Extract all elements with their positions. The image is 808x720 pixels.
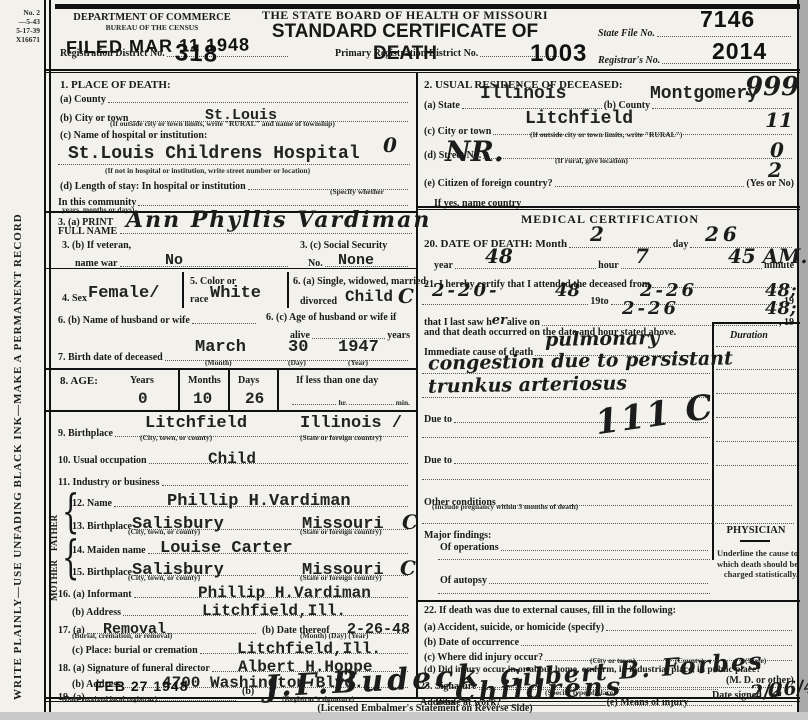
- margin-rule-1: [44, 0, 46, 712]
- column-divider: [416, 72, 418, 698]
- sec2-citizen-label: (e) Citizen of foreign country?: [424, 178, 553, 189]
- rule-above-sec22: [418, 600, 800, 602]
- sec3c-label: 3. (c) Social Security: [300, 240, 387, 251]
- sec10-value: Child: [208, 450, 256, 468]
- sec7-year-note: (Year): [348, 358, 368, 367]
- sec1-hospital-value: St.Louis Childrens Hospital: [68, 144, 360, 164]
- sec1-hospital-note: (If not in hospital or institution, writ…: [105, 166, 310, 175]
- duration-line-5[interactable]: [716, 440, 796, 442]
- sec10-line[interactable]: [149, 462, 408, 464]
- due1-line2[interactable]: [422, 436, 710, 438]
- sec8-min-line[interactable]: [349, 403, 393, 405]
- sec7-month-value: March: [195, 338, 246, 357]
- duration-line-3[interactable]: [716, 392, 796, 394]
- operations-line[interactable]: [501, 549, 708, 551]
- sec3b-value: No: [165, 252, 183, 269]
- sec21-pre1: 19: [590, 296, 600, 307]
- sec16b-value: Litchfield,Ill.: [202, 602, 346, 620]
- operations-row: Of operations: [440, 542, 710, 553]
- sec1-county-row: (a) County: [60, 94, 410, 105]
- sec11-row: 11. Industry or business: [58, 477, 410, 488]
- sec19b-label: (b): [242, 686, 254, 697]
- sec13-handmark: C: [402, 510, 418, 534]
- age-div-2: [228, 370, 230, 410]
- sec16b-row: (b) Address Litchfield,Ill.: [72, 607, 410, 618]
- sec20-month-value: 2: [590, 222, 604, 246]
- sec20-month-line[interactable]: [569, 246, 671, 248]
- sec22b-row: (b) Date of occurrence: [424, 637, 794, 648]
- sec1-heading: 1. PLACE OF DEATH:: [60, 79, 171, 91]
- cause-value-line3: trunkus arteriosus: [428, 372, 627, 397]
- sec11-line[interactable]: [162, 484, 408, 486]
- sec2-street-note: (If rural, give location): [555, 156, 628, 165]
- rule-under-sec3: [44, 268, 417, 269]
- autopsy-line[interactable]: [489, 582, 708, 584]
- bureau-of-census: BUREAU OF THE CENSUS: [62, 23, 242, 32]
- sec21-her: er: [492, 313, 507, 328]
- sec17b-note: (Month) (Day) (Year): [300, 631, 368, 640]
- sec19-date-stamp: FEB 27 1948: [95, 678, 189, 694]
- sec22a-line[interactable]: [606, 629, 792, 631]
- state-file-line[interactable]: [657, 35, 791, 37]
- sec15-city-note: (City, town, or county): [128, 573, 200, 582]
- header-rule-2: [44, 72, 800, 73]
- sec8-min-label: min.: [396, 398, 410, 407]
- sec1-hospital-handmark: 0: [383, 133, 397, 157]
- form-number-note: No. 2 —5-43 5-17-39 X16671: [2, 8, 40, 44]
- sec3b-label: 3. (b) If veteran,: [62, 240, 131, 251]
- sec2-hand-2: 2: [768, 158, 782, 182]
- sec9-city-value: Litchfield: [145, 414, 247, 433]
- sec20-hour-label: hour: [598, 260, 619, 271]
- sec3c-value: None: [338, 252, 374, 269]
- sec7-year-value: 1947: [338, 338, 379, 357]
- sec8-hr-label: hr.: [338, 398, 347, 407]
- sec17c-label: (c) Place: burial or cremation: [72, 645, 198, 656]
- sec22-heading: 22. If death was due to external causes,…: [424, 605, 676, 616]
- sec7-label: 7. Birth date of deceased: [58, 352, 163, 363]
- primary-district-value: 1003: [530, 40, 587, 68]
- sec6b-row: 6. (b) Name of husband or wife: [58, 315, 258, 326]
- sec22a-row: (a) Accident, suicide, or homicide (spec…: [424, 622, 794, 633]
- sec20-min-value: 45 AM.: [728, 244, 807, 268]
- sec21-row3: that I last saw h er alive on , 19: [424, 313, 794, 328]
- sec2-citizen-row: (e) Citizen of foreign country? (Yes or …: [424, 178, 794, 189]
- sec8-months-value: 10: [193, 390, 212, 408]
- sec14-row: 14. Maiden name Louise Carter: [72, 545, 410, 556]
- due2-label: Due to: [424, 455, 452, 466]
- death-certificate: No. 2 —5-43 5-17-39 X16671 WRITE PLAINLY…: [0, 0, 808, 720]
- other-line2[interactable]: [422, 522, 794, 524]
- sec2-city-note: (If outside city or town limits, write "…: [530, 130, 682, 139]
- sec21-y3-value: 48;: [765, 298, 797, 319]
- sec1-stay-label: (d) Length of stay: In hospital or insti…: [60, 181, 246, 192]
- sec8-less-header: If less than one day: [296, 375, 378, 386]
- autopsy-line2[interactable]: [438, 592, 710, 594]
- sec6a-handmark: C: [398, 284, 414, 308]
- other-note: (Include pregnancy within 3 months of de…: [432, 502, 578, 511]
- sec21-y1-value: 48: [555, 280, 580, 301]
- sec20-year-value: 48: [485, 244, 513, 268]
- duration-label: Duration: [730, 330, 768, 341]
- sec2-state-value: Illinois: [480, 84, 566, 104]
- sec21-l2a[interactable]: [422, 303, 588, 305]
- sec9-state-value: Illinois /: [300, 414, 402, 433]
- due1-label: Due to: [424, 414, 452, 425]
- sec21-to: to: [600, 296, 608, 307]
- age-div-1: [178, 370, 180, 410]
- sec9-city-note: (City, town, or county): [140, 433, 212, 442]
- sec20-hour-value: 7: [635, 244, 649, 268]
- sec22b-label: (b) Date of occurrence: [424, 637, 519, 648]
- footer-note: (Licensed Embalmer's Statement on Revers…: [200, 703, 650, 714]
- sec6c-label: 6. (c) Age of husband or wife if: [266, 312, 396, 323]
- sec6b-line[interactable]: [192, 322, 256, 324]
- sec3-fullname-label: FULL NAME: [58, 226, 117, 237]
- sec8-years-header: Years: [130, 375, 154, 386]
- sec21-from-value: 2-20-: [432, 280, 500, 301]
- sec9-state-note: (State or foreign country): [300, 433, 382, 442]
- physician-underline: [740, 540, 770, 542]
- sec21-last-value: 2-26: [622, 298, 679, 319]
- sec22a-label: (a) Accident, suicide, or homicide (spec…: [424, 622, 604, 633]
- sec6a-value: Child: [345, 288, 393, 306]
- sec17c-row: (c) Place: burial or cremation Litchfiel…: [72, 645, 410, 656]
- sec16a-row: 16. (a) Informant Phillip H.Vardiman: [58, 589, 410, 600]
- sec22e-line[interactable]: [691, 704, 792, 706]
- sec13-city-note: (City, town, or county): [128, 527, 200, 536]
- sec16a-value: Phillip H.Vardiman: [198, 584, 371, 602]
- sec20-day-label: day: [673, 239, 689, 250]
- sec8-hr-line[interactable]: [292, 403, 336, 405]
- state-file-label: State File No.: [598, 28, 655, 39]
- sec2-street-line[interactable]: [483, 157, 792, 159]
- sec10-label: 10. Usual occupation: [58, 455, 147, 466]
- sec17c-value: Litchfield,Ill.: [237, 640, 381, 658]
- sec20-year-line[interactable]: [455, 267, 596, 269]
- sec22c-label: (c) Where did injury occur?: [424, 652, 543, 663]
- dept-of-commerce: DEPARTMENT OF COMMERCE: [62, 12, 242, 24]
- sec9-label: 9. Birthplace: [58, 428, 113, 439]
- sec21-alive-line[interactable]: [542, 324, 777, 326]
- sec12-row: 12. Name Phillip H.Vardiman: [72, 498, 410, 509]
- due2-line2[interactable]: [422, 478, 710, 480]
- medical-heading: MEDICAL CERTIFICATION: [420, 213, 800, 226]
- sec2-county-value: Montgomery: [650, 84, 758, 104]
- sec17a-note: (Burial, cremation, or removal): [72, 631, 172, 640]
- sec6b-label: 6. (b) Name of husband or wife: [58, 315, 190, 326]
- sec2-state-label: (a) State: [424, 100, 460, 111]
- sec12-label: 12. Name: [72, 498, 112, 509]
- registrar-no-value: 2014: [712, 38, 767, 65]
- sec5-label2: race: [190, 294, 208, 305]
- sec1-years-note: years, months or days): [62, 205, 134, 214]
- physician-note: Underline the cause to which death shoul…: [714, 548, 798, 580]
- sec8-days-value: 26: [245, 390, 264, 408]
- sec1-city-note: (If outside city or town limits, write "…: [110, 119, 335, 128]
- sec2-hand-11: 11: [765, 108, 793, 132]
- cause-value-line1: pulmonary: [545, 327, 660, 351]
- sec5-value: White: [210, 284, 261, 303]
- sec19a-note: (Date received local registrar): [62, 694, 157, 703]
- sec1-county-line[interactable]: [108, 101, 408, 103]
- physician-label: PHYSICIAN: [714, 525, 798, 537]
- sec8-months-header: Months: [188, 375, 221, 386]
- sec15-label: 15. Birthplace: [72, 567, 132, 578]
- sec2-city-value: Litchfield: [525, 109, 633, 129]
- registrar-no-label: Registrar's No.: [598, 55, 660, 66]
- divider-4-5: [182, 272, 184, 308]
- sec8-days-header: Days: [238, 375, 259, 386]
- sec20-year-label: year: [434, 260, 453, 271]
- sec1-county-label: (a) County: [60, 94, 106, 105]
- due2-row: Due to: [424, 455, 710, 466]
- sec1-community-line[interactable]: [138, 204, 408, 206]
- age-box-top: [44, 368, 417, 370]
- margin-instruction: WRITE PLAINLY—USE UNFADING BLACK INK—MAK…: [12, 60, 24, 700]
- registration-district-value: 318: [175, 39, 219, 68]
- state-file-value: 7146: [700, 6, 755, 33]
- sec6c-label3: years: [387, 330, 410, 341]
- sec20-day-value: 26: [705, 222, 741, 246]
- sec15-state-note: (State or foreign country): [300, 573, 382, 582]
- right-border: [797, 0, 799, 712]
- autopsy-row: Of autopsy: [440, 575, 710, 586]
- rule-under-sec2b: [418, 209, 800, 210]
- autopsy-label: Of autopsy: [440, 575, 487, 586]
- sec8-label: 8. AGE:: [60, 375, 98, 387]
- margin-rule-2: [49, 0, 51, 712]
- sec7-month-note: (Month): [205, 358, 232, 367]
- header-rule-1: [44, 69, 800, 71]
- sec13-state-note: (State or foreign country): [300, 527, 382, 536]
- sec16b-label: (b) Address: [72, 607, 121, 618]
- duration-col-top: [712, 322, 800, 324]
- operations-label: Of operations: [440, 542, 499, 553]
- sec12-value: Phillip H.Vardiman: [167, 492, 351, 511]
- age-box-bottom: [44, 410, 417, 412]
- sec3-name-value: Ann Phyllis Vardiman: [126, 207, 431, 233]
- sec10-row: 10. Usual occupation Child: [58, 455, 410, 466]
- sec14-value: Louise Carter: [160, 539, 293, 558]
- sec6a-label2: divorced: [300, 296, 337, 307]
- divider-5-6: [287, 272, 289, 308]
- sec7-day-value: 30: [288, 338, 308, 357]
- duration-line-4[interactable]: [716, 416, 796, 418]
- sec8-years-value: 0: [138, 390, 148, 408]
- duration-line-6[interactable]: [716, 464, 796, 466]
- sec16a-label: 16. (a) Informant: [58, 589, 132, 600]
- sec1-hospital-label: (c) Name of hospital or institution:: [60, 130, 207, 141]
- sec7-day-note: (Day): [288, 358, 306, 367]
- sec13-label: 13. Birthplace: [72, 521, 132, 532]
- sec2-citizen-line[interactable]: [555, 185, 745, 187]
- primary-district-label: Primary Registration District No.: [335, 48, 478, 59]
- sec4-value: Female/: [88, 284, 159, 303]
- sec1-specify-note: (Specify whether: [330, 187, 384, 196]
- sec14-label: 14. Maiden name: [72, 545, 146, 556]
- findings-label: Major findings:: [424, 530, 491, 541]
- rule-under-sec2a: [418, 206, 800, 208]
- sec19b-note: (Registrar's signature): [282, 694, 354, 703]
- sec3b-line[interactable]: [120, 265, 289, 267]
- sec15-handmark: C: [400, 556, 416, 580]
- sec8-hr-min-row: hr. min.: [290, 398, 410, 407]
- age-div-3: [277, 370, 279, 410]
- sec4-label: 4. Sex: [62, 293, 87, 304]
- sec18a-label: 18. (a) Signature of funeral director: [58, 663, 210, 674]
- registration-district-label: Registration District No.: [60, 48, 165, 59]
- sec7-line[interactable]: [165, 359, 408, 361]
- due2-line[interactable]: [454, 462, 708, 464]
- sec2-street-value: NR.: [445, 135, 504, 168]
- operations-line2[interactable]: [438, 558, 710, 560]
